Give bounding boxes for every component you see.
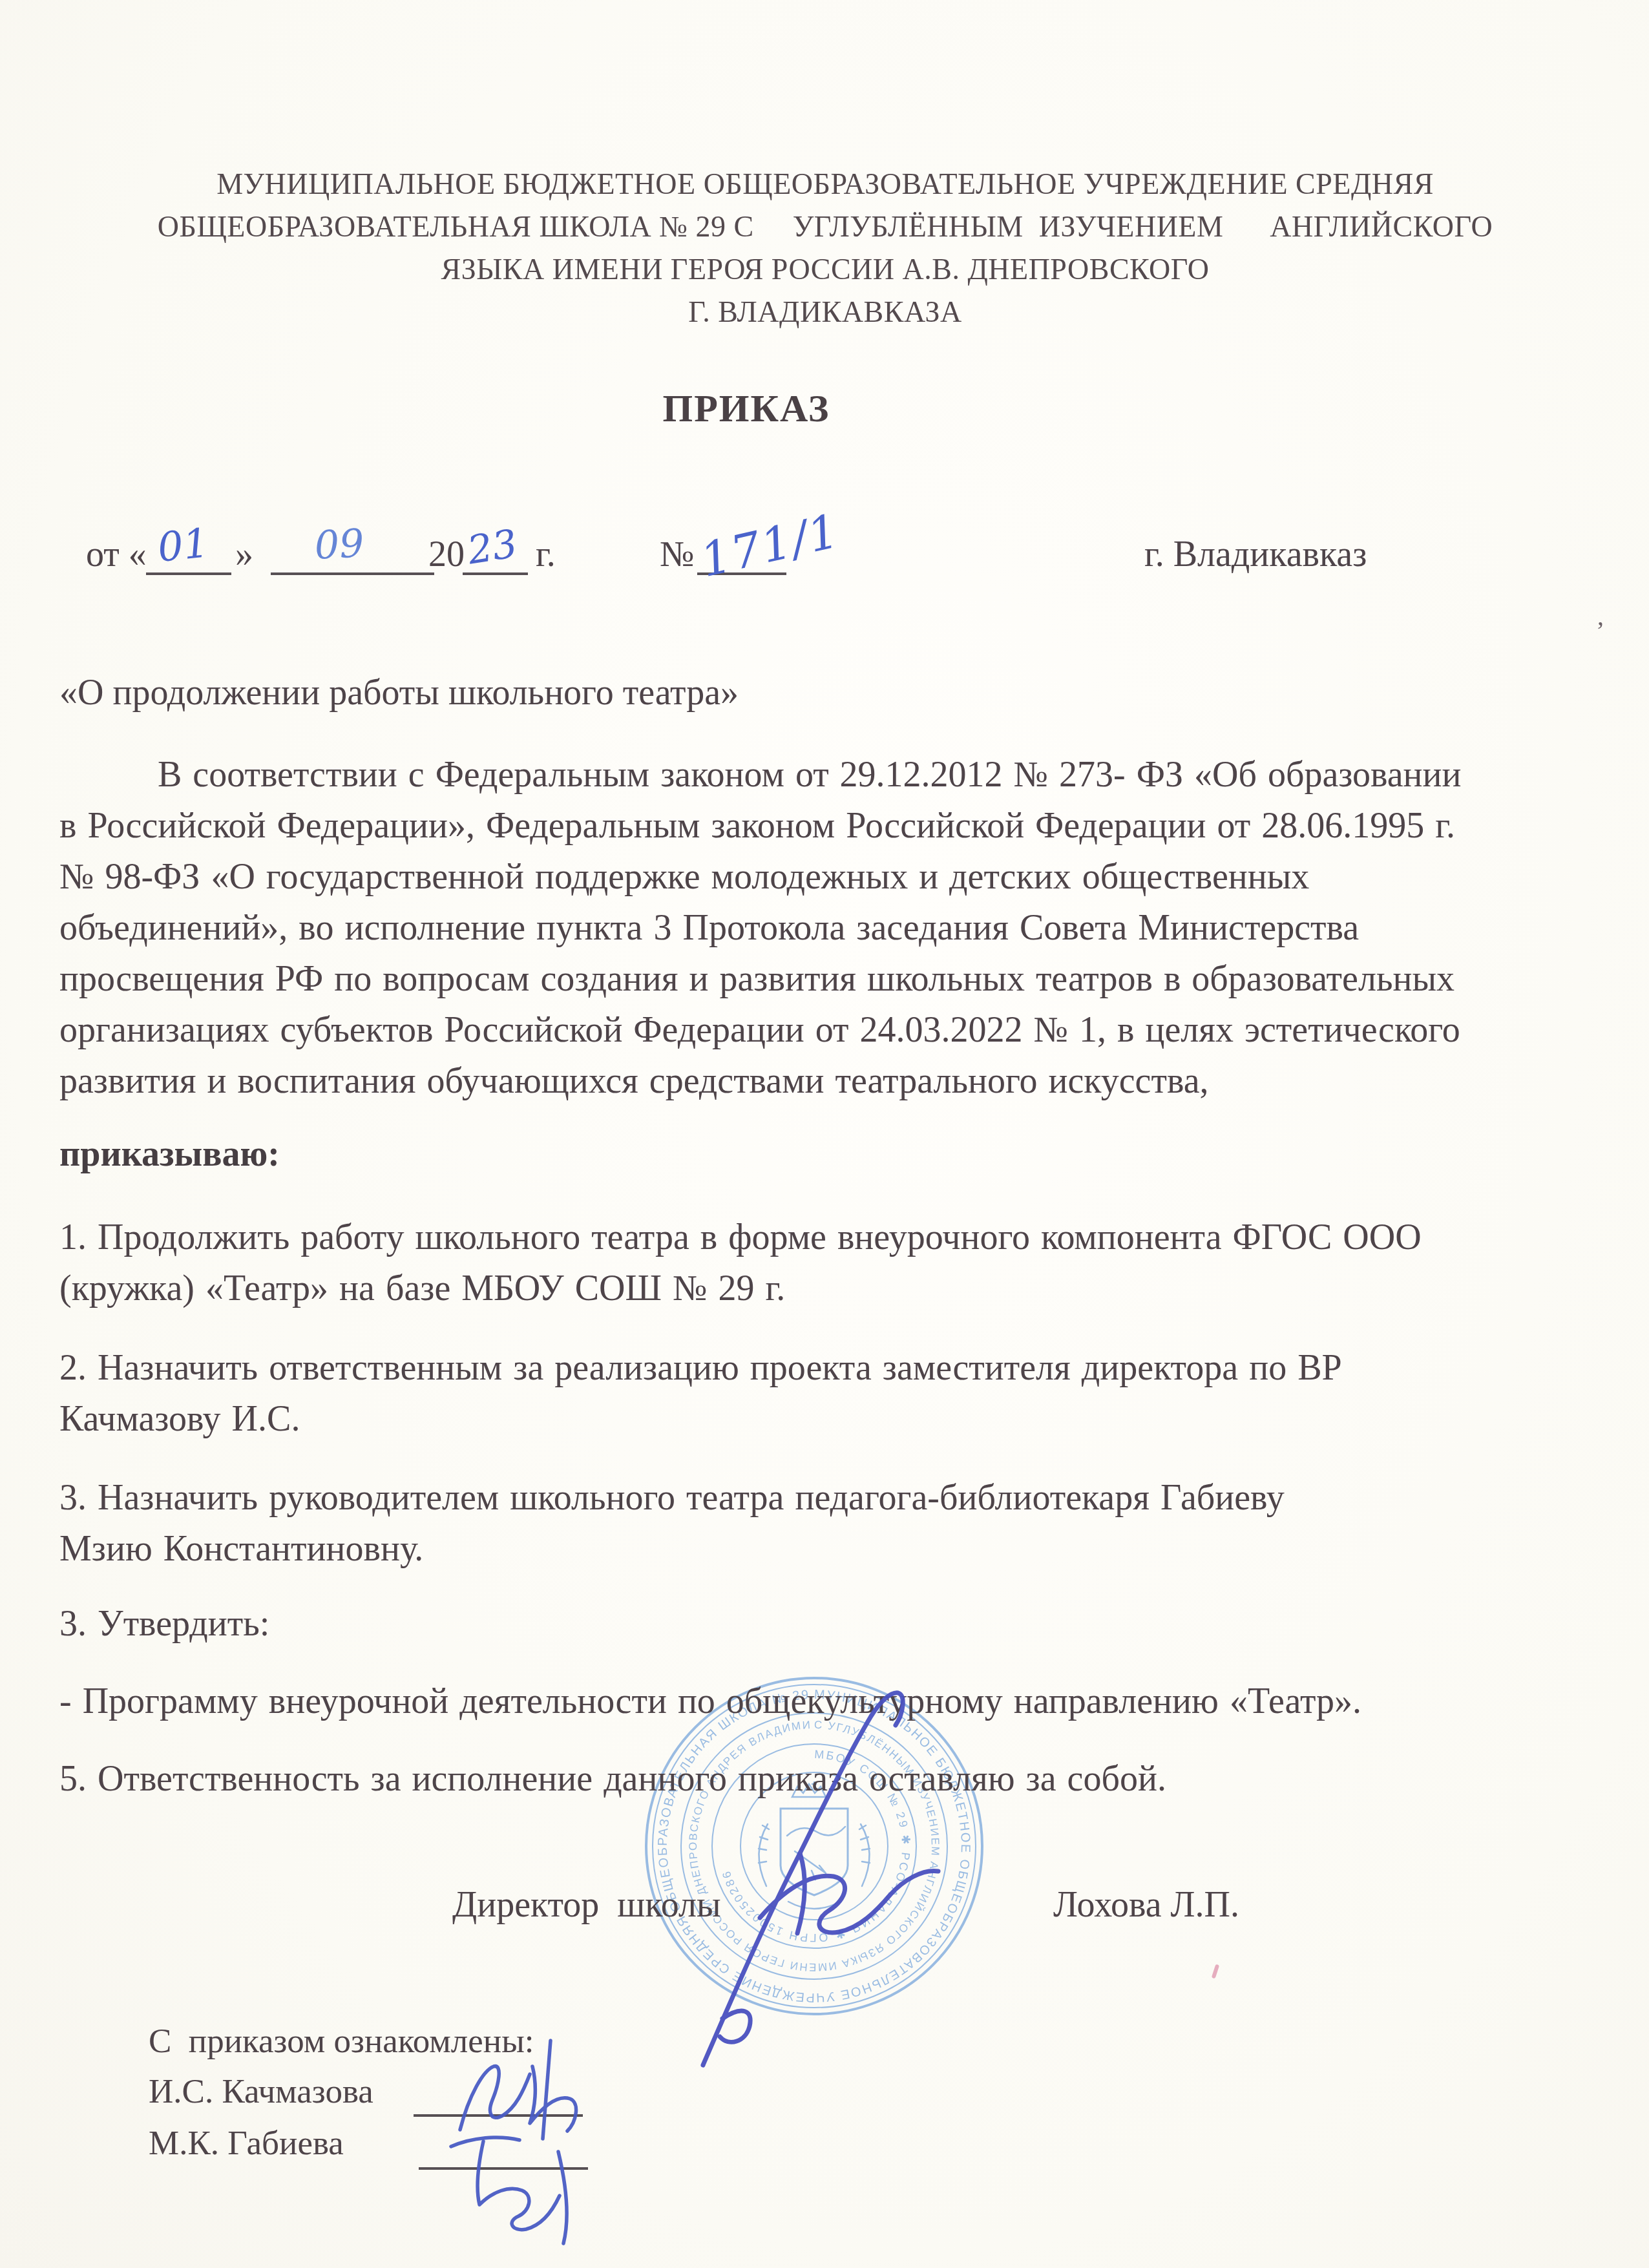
director-name: Лохова Л.П. [1053, 1884, 1239, 1926]
stamp-outer-circle-2 [653, 1685, 976, 2008]
header-line: МУНИЦИПАЛЬНОЕ БЮДЖЕТНОЕ ОБЩЕОБРАЗОВАТЕЛЬ… [58, 163, 1592, 205]
item-line: 3. Утвердить: [59, 1599, 1593, 1650]
item-line: (кружка) «Театр» на базе МБОУ СОШ № 29 г… [59, 1263, 1593, 1314]
ack-row-2: М.К. Габиева [149, 2124, 344, 2163]
item-line: 1. Продолжить работу школьного театра в … [59, 1212, 1593, 1263]
order-item-3: 3. Назначить руководителем школьного теа… [59, 1473, 1593, 1575]
date-number-line: от « 01 » 09 20 23 г. № 171/1 г. Владика… [0, 516, 1649, 593]
order-item-5: - Программу внеурочной деятельности по о… [59, 1676, 1593, 1727]
stamp-outer-ring-text: МУНИЦИПАЛЬНОЕ БЮДЖЕТНОЕ ОБЩЕОБРАЗОВАТЕЛЬ… [656, 1688, 972, 2004]
body-paragraph: В соответствии с Федеральным законом от … [59, 750, 1593, 1107]
order-item-6: 5. Ответственность за исполнение данного… [59, 1754, 1593, 1805]
item-line: Мзию Константиновну. [59, 1524, 1593, 1575]
scan-speck-mark: ’ [1596, 615, 1604, 646]
day-blank-line: 01 [146, 572, 231, 575]
decree-word: приказываю: [59, 1133, 280, 1175]
ack-signature-line-2 [419, 2167, 588, 2170]
paragraph-line: просвещения РФ по вопросам создания и ра… [59, 954, 1593, 1005]
item-line: 3. Назначить руководителем школьного теа… [59, 1473, 1593, 1524]
order-item-4: 3. Утвердить: [59, 1599, 1593, 1650]
ack-title: С приказом ознакомлены: [149, 2022, 534, 2060]
handwritten-month: 09 [313, 521, 365, 569]
year-suffix: г. [536, 534, 556, 575]
paragraph-line: В соответствии с Федеральным законом от … [59, 750, 1593, 801]
director-role-label: Директор школы [452, 1884, 721, 1926]
scan-speck-pink [1212, 1964, 1220, 1979]
number-label: № [660, 534, 694, 575]
handwritten-year: 23 [465, 521, 520, 573]
ack-title-row: С приказом ознакомлены: [149, 2022, 534, 2061]
gabieva-signature [451, 2137, 567, 2243]
ack-name-1: И.С. Качмазова [149, 2073, 373, 2110]
header-line: ЯЗЫКА ИМЕНИ ГЕРОЯ РОССИИ А.В. ДНЕПРОВСКО… [58, 248, 1592, 291]
number-blank-line: 171/1 [697, 572, 786, 575]
header-block: МУНИЦИПАЛЬНОЕ БЮДЖЕТНОЕ ОБЩЕОБРАЗОВАТЕЛЬ… [58, 163, 1592, 333]
order-item-1: 1. Продолжить работу школьного театра в … [59, 1212, 1593, 1314]
item-line: 2. Назначить ответственным за реализацию… [59, 1343, 1593, 1394]
item-line: 5. Ответственность за исполнение данного… [59, 1754, 1593, 1805]
item-line: Качмазову И.С. [59, 1394, 1593, 1445]
paragraph-line: организациях субъектов Российской Федера… [59, 1005, 1593, 1056]
header-line: ОБЩЕОБРАЗОВАТЕЛЬНАЯ ШКОЛА № 29 С УГЛУБЛЁ… [58, 205, 1592, 248]
paragraph-line: объединений», во исполнение пункта 3 Про… [59, 903, 1593, 954]
handwritten-order-number: 171/1 [695, 503, 845, 588]
paragraph-line: № 98-ФЗ «О государственной поддержке мол… [59, 852, 1593, 903]
year-blank-line: 23 [463, 572, 528, 575]
ack-name-2: М.К. Габиева [149, 2125, 344, 2162]
paragraph-line: развития и воспитания обучающихся средст… [59, 1056, 1593, 1107]
item-line: - Программу внеурочной деятельности по о… [59, 1676, 1593, 1727]
month-blank-line: 09 [271, 572, 434, 575]
order-item-2: 2. Назначить ответственным за реализацию… [59, 1343, 1593, 1445]
header-line: Г. ВЛАДИКАВКАЗА [58, 291, 1592, 333]
scanned-order-page: МУНИЦИПАЛЬНОЕ БЮДЖЕТНОЕ ОБЩЕОБРАЗОВАТЕЛЬ… [0, 0, 1649, 2268]
date-close-quote: » [235, 534, 253, 575]
handwritten-day: 01 [155, 519, 211, 571]
ack-signature-line-1 [414, 2114, 583, 2117]
page-title: ПРИКАЗ [0, 386, 1493, 431]
city-label: г. Владикавказ [1144, 534, 1367, 575]
date-from-label: от « [86, 534, 147, 575]
ack-row-1: И.С. Качмазова [149, 2072, 373, 2111]
year-prefix: 20 [428, 534, 465, 575]
subject-line: «О продолжении работы школьного театра» [59, 672, 739, 713]
svg-text:МУНИЦИПАЛЬНОЕ БЮДЖЕТНОЕ ОБЩЕОБ: МУНИЦИПАЛЬНОЕ БЮДЖЕТНОЕ ОБЩЕОБРАЗОВАТЕЛЬ… [656, 1688, 972, 2004]
paragraph-line: в Российской Федерации», Федеральным зак… [59, 801, 1593, 852]
